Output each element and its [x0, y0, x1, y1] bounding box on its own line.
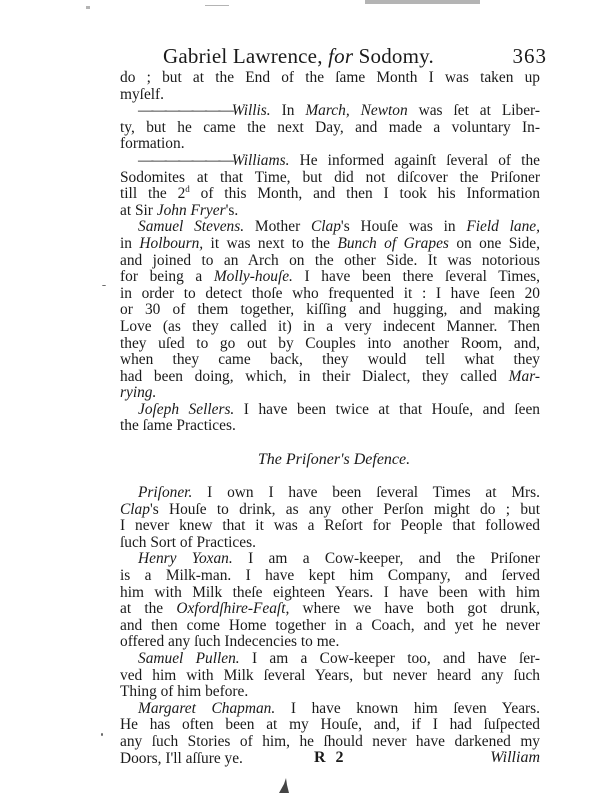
text-line: do ; but at the End of the ſame Month I …	[120, 70, 540, 87]
text-line: Margaret Chapman. I have known him ſeven…	[120, 701, 540, 718]
text-line: ſuch Sort of Practices.	[120, 535, 540, 552]
text-segment: In	[271, 102, 306, 119]
text-segment: ———————	[138, 102, 232, 119]
text-segment: in	[120, 235, 139, 252]
title-text-end: Sodomy.	[353, 44, 434, 68]
text-segment: it was next to the	[203, 235, 337, 252]
text-line: Samuel Stevens. Mother Clap's Houſe was …	[120, 219, 540, 236]
section-heading: The Priſoner's Defence.	[120, 435, 540, 485]
scan-speck	[102, 285, 106, 286]
italic-text: Clap	[120, 501, 150, 518]
text-line: Priſoner. I own I have been ſeveral Time…	[120, 485, 540, 502]
italic-text: Newton	[361, 102, 408, 119]
text-segment: ———————	[138, 152, 232, 169]
body-text: do ; but at the End of the ſame Month I …	[120, 70, 540, 767]
page-footer: R 2 William	[120, 749, 540, 769]
italic-text: Willis.	[232, 102, 271, 119]
text-segment: do ; but at the End of the ſame Month I …	[120, 69, 540, 86]
text-segment: of this Month, and then I took his Infor…	[190, 185, 540, 202]
scan-artifact-top	[365, 0, 480, 4]
italic-text: March,	[305, 102, 349, 119]
text-line: ———————Willis. In March, Newton was ſet …	[120, 103, 540, 120]
text-line: Henry Yoxan. I am a Cow-keeper, and the …	[120, 551, 540, 568]
defence-block: Priſoner. I own I have been ſeveral Time…	[120, 485, 540, 767]
text-line: till the 2d of this Month, and then I to…	[120, 186, 540, 203]
text-line: in Holbourn, it was next to the Bunch of…	[120, 236, 540, 253]
text-segment: they uſed to go out by Couples into anot…	[120, 335, 540, 352]
text-segment: I never knew that it was a Reſort for Pe…	[120, 517, 540, 534]
text-segment: in order to detect thoſe who frequented …	[120, 285, 540, 302]
text-segment: 's Houſe to drink, as any other Perſon m…	[150, 501, 540, 518]
italic-text: Priſoner.	[138, 484, 192, 501]
text-line: I never knew that it was a Reſort for Pe…	[120, 518, 540, 535]
text-segment: myſelf.	[120, 86, 164, 103]
text-segment: where we have both got drunk,	[289, 600, 540, 617]
text-segment: 's Houſe was in	[341, 218, 466, 235]
text-segment: He has often been at my Houſe, and, if I…	[120, 716, 540, 733]
text-segment: till the 2	[120, 185, 185, 202]
text-segment: Love (as they called it) in a very indec…	[120, 318, 540, 335]
text-segment: Mother	[244, 218, 311, 235]
text-line: for being a Molly-houſe. I have been the…	[120, 269, 540, 286]
text-segment: formation.	[120, 135, 185, 152]
text-segment: ved him with Milk ſeveral Years, but nev…	[120, 667, 540, 684]
text-segment: on one Side,	[449, 235, 540, 252]
text-segment: was ſet at Liber-	[408, 102, 540, 119]
italic-text: Joſeph Sellers.	[138, 401, 234, 418]
text-segment: and joined to an Arch on the other Side.…	[120, 252, 540, 269]
text-line: Thing of him before.	[120, 684, 540, 701]
text-line: when they came back, they would tell wha…	[120, 352, 540, 369]
italic-text: Henry Yoxan.	[138, 550, 233, 567]
italic-text: John Fryer	[157, 202, 226, 219]
page-number: 363	[513, 44, 548, 68]
text-line: Samuel Pullen. I am a Cow-keeper too, an…	[120, 651, 540, 668]
text-segment: He informed againſt ſeveral of the	[289, 152, 540, 169]
text-segment: 's.	[226, 202, 239, 219]
title-italic: for	[328, 44, 353, 68]
text-line: or 30 of them together, kiſſing and hugg…	[120, 302, 540, 319]
text-segment	[350, 102, 361, 119]
book-page: Gabriel Lawrence, for Sodomy. 363 do ; b…	[0, 0, 604, 805]
text-line: at Sir John Fryer's.	[120, 203, 540, 220]
text-line: him with Milk theſe eighteen Years. I ha…	[120, 585, 540, 602]
italic-text: Bunch of Grapes	[337, 235, 448, 252]
text-segment: is a Milk-man. I have kept him Company, …	[120, 567, 540, 584]
text-segment: I have known him ſeven Years.	[275, 700, 540, 717]
text-segment: at Sir	[120, 202, 157, 219]
signature-mark: R 2	[314, 749, 347, 767]
text-segment: had been doing, which, in their Dialect,…	[120, 368, 509, 385]
italic-text: Molly-houſe.	[214, 268, 293, 285]
scan-artifact-top-left	[86, 6, 90, 9]
text-line: rying.	[120, 385, 540, 402]
text-line: Sodomites at that Time, but did not diſc…	[120, 170, 540, 187]
title-text: Gabriel Lawrence,	[163, 44, 328, 68]
text-line: formation.	[120, 136, 540, 153]
scan-ornament-icon	[278, 776, 290, 794]
text-segment: or 30 of them together, kiſſing and hugg…	[120, 301, 540, 318]
text-line: ved him with Milk ſeveral Years, but nev…	[120, 668, 540, 685]
text-segment: offered any ſuch Indecencies to me.	[120, 633, 339, 650]
text-segment: I have been there ſeveral Times,	[293, 268, 540, 285]
text-line: ty, but he came the next Day, and made a…	[120, 120, 540, 137]
catchword: William	[490, 749, 540, 767]
text-line: had been doing, which, in their Dialect,…	[120, 369, 540, 386]
text-line: Joſeph Sellers. I have been twice at tha…	[120, 402, 540, 419]
scan-artifact-top-mid	[205, 5, 229, 6]
running-head: Gabriel Lawrence, for Sodomy. 363	[163, 44, 547, 68]
scan-speck	[101, 733, 103, 736]
text-line: and joined to an Arch on the other Side.…	[120, 253, 540, 270]
text-segment: ty, but he came the next Day, and made a…	[120, 119, 540, 136]
text-line: in order to detect thoſe who frequented …	[120, 286, 540, 303]
text-segment: at the	[120, 600, 176, 617]
text-segment: the ſame Practices.	[120, 417, 236, 434]
text-line: ———————Williams. He informed againſt ſev…	[120, 153, 540, 170]
italic-text: Williams.	[232, 152, 290, 169]
italic-text: Oxfordſhire-Feaſt,	[176, 600, 289, 617]
italic-text: Samuel Pullen.	[138, 650, 240, 667]
text-segment: any ſuch Stories of him, he ſhould never…	[120, 733, 540, 750]
text-segment: I am a Cow-keeper, and the Priſoner	[233, 550, 540, 567]
text-line: Love (as they called it) in a very indec…	[120, 319, 540, 336]
text-segment: I have been twice at that Houſe, and ſee…	[234, 401, 540, 418]
text-segment: Thing of him before.	[120, 683, 248, 700]
italic-text: Holbourn,	[139, 235, 203, 252]
text-line: myſelf.	[120, 87, 540, 104]
italic-text: Mar-	[509, 368, 540, 385]
text-line: and then come Home together in a Coach, …	[120, 618, 540, 635]
text-line: at the Oxfordſhire-Feaſt, where we have …	[120, 601, 540, 618]
text-segment: I own I have been ſeveral Times at Mrs.	[192, 484, 540, 501]
italic-text: Margaret Chapman.	[138, 700, 275, 717]
italic-text: Clap	[311, 218, 341, 235]
italic-text: rying.	[120, 384, 156, 401]
text-line: offered any ſuch Indecencies to me.	[120, 634, 540, 651]
testimony-block: do ; but at the End of the ſame Month I …	[120, 70, 540, 435]
text-segment: I am a Cow-keeper too, and have ſer-	[240, 650, 540, 667]
running-head-title: Gabriel Lawrence, for Sodomy.	[163, 44, 434, 68]
text-segment: and then come Home together in a Coach, …	[120, 617, 540, 634]
text-segment: when they came back, they would tell wha…	[120, 351, 540, 368]
text-segment: ſuch Sort of Practices.	[120, 534, 256, 551]
text-segment: Sodomites at that Time, but did not diſc…	[120, 169, 540, 186]
text-line: Clap's Houſe to drink, as any other Perſ…	[120, 502, 540, 519]
text-line: He has often been at my Houſe, and, if I…	[120, 717, 540, 734]
italic-text: Samuel Stevens.	[138, 218, 244, 235]
italic-text: Field lane,	[466, 218, 540, 235]
text-segment: him with Milk theſe eighteen Years. I ha…	[120, 584, 540, 601]
text-line: the ſame Practices.	[120, 418, 540, 435]
text-segment: for being a	[120, 268, 214, 285]
text-line: they uſed to go out by Couples into anot…	[120, 336, 540, 353]
text-line: is a Milk-man. I have kept him Company, …	[120, 568, 540, 585]
